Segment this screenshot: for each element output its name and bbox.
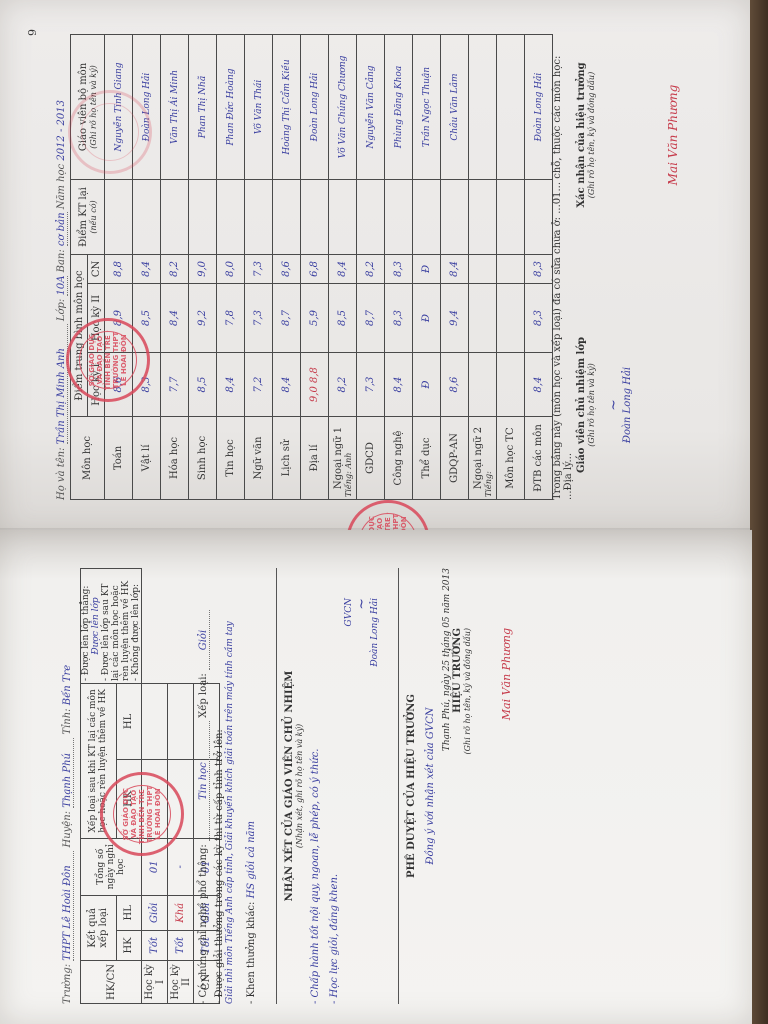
subject-cell: Thể dục bbox=[413, 417, 441, 500]
teacher-signature: GVCN ~ Đoàn Long Hải bbox=[344, 598, 380, 1004]
hk2-cell: 8,7 bbox=[357, 283, 385, 352]
retest-cell bbox=[357, 180, 385, 255]
divider-2 bbox=[398, 568, 399, 1004]
table-row: Sinh học8,59,29,0Phan Thị Nhã bbox=[189, 35, 217, 500]
col-hl: HL bbox=[116, 895, 141, 930]
col-retest-note: (nếu có) bbox=[89, 182, 98, 252]
hk2-cell: Đ bbox=[413, 283, 441, 352]
hk2-cell: 8,7 bbox=[273, 283, 301, 352]
term-cell: Học kỳ II bbox=[168, 961, 194, 1004]
grades-table: Môn học Điểm trung bình môn học Điểm KT … bbox=[70, 34, 553, 500]
homeroom-name: Đoàn Long Hải bbox=[622, 330, 633, 480]
promotion-value: Được lên lớp bbox=[91, 571, 101, 681]
homeroom-signature: ~ bbox=[606, 330, 622, 480]
subject-cell: Lịch sử bbox=[273, 417, 301, 500]
table-row: Công nghệ8,48,38,3Phùng Đăng Khoa bbox=[385, 35, 413, 500]
teacher-cell: Châu Văn Lâm bbox=[441, 35, 469, 180]
hk1-cell: 9,0 8,8 bbox=[301, 353, 329, 417]
retest-cell bbox=[273, 180, 301, 255]
table-row: ĐTB các môn8,48,38,3Đoàn Long Hải bbox=[525, 35, 553, 500]
principal-approval-title: PHÊ DUYỆT CỦA HIỆU TRƯỞNG bbox=[406, 568, 417, 1004]
retest-cell bbox=[329, 180, 357, 255]
teacher-cell: Võ Văn Chúng Chương bbox=[329, 35, 357, 180]
principal-confirm-note: (Ghi rõ họ tên, ký và đóng dấu) bbox=[587, 40, 596, 230]
cn-cell: 8,3 bbox=[385, 255, 413, 284]
retest-cell bbox=[497, 180, 525, 255]
retest-cell bbox=[441, 180, 469, 255]
grades-rotated-content: Họ và tên: Trần Thị Minh Anh Lớp: 10A Ba… bbox=[56, 30, 706, 500]
cn-cell: 8,4 bbox=[441, 255, 469, 284]
province-value: Bến Tre bbox=[62, 665, 73, 706]
hk2-cell bbox=[497, 283, 525, 352]
table-row: Hóa học7,78,48,2Văn Thị Ái Minh bbox=[161, 35, 189, 500]
cn-cell: 8,2 bbox=[357, 255, 385, 284]
cn-cell: 8,3 bbox=[525, 255, 553, 284]
hk2-cell: 9,2 bbox=[189, 283, 217, 352]
retest-cell bbox=[245, 180, 273, 255]
promotion-option-3: - Không được lên lớp: bbox=[131, 571, 141, 681]
retest-cell bbox=[413, 180, 441, 255]
hl-cell: Giỏi bbox=[142, 895, 168, 930]
teacher-cell bbox=[497, 35, 525, 180]
promotion-cell: - Được lên lớp thẳng: Được lên lớp - Đượ… bbox=[81, 569, 142, 684]
retest-cell bbox=[385, 180, 413, 255]
principal-confirm-block: Xác nhận của hiệu trưởng (Ghi rõ họ tên,… bbox=[576, 40, 680, 230]
subject-name: Địa lí bbox=[309, 419, 320, 497]
teacher-cell: Đoàn Long Hải bbox=[525, 35, 553, 180]
hk-cell: Tốt bbox=[142, 930, 168, 960]
teacher-cell: Phùng Đăng Khoa bbox=[385, 35, 413, 180]
teacher-cell: Phan Đức Hoàng bbox=[217, 35, 245, 180]
table-row: Ngữ văn7,27,37,3Võ Văn Thái bbox=[245, 35, 273, 500]
promotion-option-1: - Được lên lớp thẳng: bbox=[81, 571, 91, 681]
col-retest: Điểm KT lại (nếu có) bbox=[71, 180, 105, 255]
grades-page: 6 Họ và tên: Trần Thị Minh Anh Lớp: 10A … bbox=[0, 0, 750, 538]
page-number: 6 bbox=[25, 29, 38, 36]
subject-name: ĐTB các môn bbox=[533, 419, 544, 497]
col-result: Kết quả xếp loại bbox=[81, 895, 117, 960]
subject-name: Ngoại ngữ 1 bbox=[333, 419, 344, 497]
principal-approval-block: PHÊ DUYỆT CỦA HIỆU TRƯỞNG Đồng ý với nhậ… bbox=[406, 568, 513, 1004]
table-row: GDCD7,38,78,2Nguyễn Văn Cảng bbox=[357, 35, 385, 500]
subject-name: Môn học TC bbox=[505, 419, 516, 497]
cn-cell bbox=[469, 255, 497, 284]
principal-stamp: SỞ GIÁO DỤC VÀ ĐÀO TẠO TỈNH BẾN TRE · TR… bbox=[100, 772, 184, 856]
hk1-cell: 8,4 bbox=[217, 353, 245, 417]
hk2-cell: 8,3 bbox=[385, 283, 413, 352]
name-label: Họ và tên: bbox=[56, 448, 67, 500]
term-cell: Học kỳ I bbox=[142, 961, 168, 1004]
teacher-cell: Nguyễn Văn Cảng bbox=[357, 35, 385, 180]
certificate-value: Tin học bbox=[198, 721, 210, 841]
table-row: Lịch sử8,48,78,6Hoàng Thị Cẩm Kiều bbox=[273, 35, 301, 500]
teacher-cell: Đoàn Long Hải bbox=[301, 35, 329, 180]
hk2-cell bbox=[469, 283, 497, 352]
subject-cell: Môn học TC bbox=[497, 417, 525, 500]
award-value: Giải nhì môn Tiếng Anh cấp tỉnh, Giải kh… bbox=[225, 568, 235, 1004]
subject-cell: Ngoại ngữ 2Tiếng: bbox=[469, 417, 497, 500]
subject-cell: Vật lí bbox=[133, 417, 161, 500]
subject-name: Sinh học bbox=[197, 419, 208, 497]
retest-cell bbox=[161, 180, 189, 255]
hk1-cell: 7,2 bbox=[245, 353, 273, 417]
cn-cell bbox=[497, 255, 525, 284]
hk1-cell: 8,2 bbox=[329, 353, 357, 417]
table-row: Địa lí9,0 8,85,96,8Đoàn Long Hải bbox=[301, 35, 329, 500]
table-row: Môn học TC bbox=[497, 35, 525, 500]
subject-cell: Tin học bbox=[217, 417, 245, 500]
other-award-value: HS giỏi cả năm bbox=[246, 821, 257, 898]
teacher-cell: Hoàng Thị Cẩm Kiều bbox=[273, 35, 301, 180]
re-hl-cell bbox=[168, 684, 194, 760]
subject-cell: Ngoại ngữ 1Tiếng: Anh bbox=[329, 417, 357, 500]
retest-cell bbox=[525, 180, 553, 255]
subject-name: Ngoại ngữ 2 bbox=[473, 419, 484, 497]
teacher-comment-title: NHẬN XÉT CỦA GIÁO VIÊN CHỦ NHIỆM bbox=[284, 568, 295, 1004]
col-subject: Môn học bbox=[71, 417, 105, 500]
faded-stamp bbox=[68, 90, 152, 174]
subject-cell: Toán bbox=[105, 417, 133, 500]
col-hk: HK bbox=[116, 930, 141, 960]
table-row: GDQP-AN8,69,48,4Châu Văn Lâm bbox=[441, 35, 469, 500]
teacher-cell: Văn Thị Ái Minh bbox=[161, 35, 189, 180]
cn-cell: 6,8 bbox=[301, 255, 329, 284]
school-stamp: SỞ GIÁO DỤC VÀ ĐÀO TẠO TỈNH BẾN TRE · TR… bbox=[66, 318, 150, 402]
district-value: Thạnh Phú bbox=[62, 738, 74, 808]
teacher-cell: Phan Thị Nhã bbox=[189, 35, 217, 180]
teacher-cell: Trần Ngọc Thuận bbox=[413, 35, 441, 180]
hk1-cell: 8,4 bbox=[525, 353, 553, 417]
cn-cell: 8,6 bbox=[273, 255, 301, 284]
hk2-cell: 9,4 bbox=[441, 283, 469, 352]
hk1-cell: 8,4 bbox=[385, 353, 413, 417]
track-value: cơ bản bbox=[56, 212, 68, 246]
subject-cell: Hóa học bbox=[161, 417, 189, 500]
principal-comment: Đồng ý với nhận xét của GVCN bbox=[425, 568, 436, 1004]
promotion-option-2: - Được lên lớp sau KT lại các môn học ho… bbox=[101, 571, 131, 681]
subject-name: Toán bbox=[113, 419, 124, 497]
hl-cell: Khá bbox=[168, 895, 194, 930]
student-name: Trần Thị Minh Anh bbox=[56, 324, 68, 444]
hk1-cell: 7,7 bbox=[161, 353, 189, 417]
table-row: Tin học8,47,88,0Phan Đức Hoàng bbox=[217, 35, 245, 500]
subject-name: GDQP-AN bbox=[449, 419, 460, 497]
hk1-cell: 7,3 bbox=[357, 353, 385, 417]
teacher-comment-block: NHẬN XÉT CỦA GIÁO VIÊN CHỦ NHIỆM (Nhận x… bbox=[284, 568, 380, 1004]
subject-name: Công nghệ bbox=[393, 419, 404, 497]
hk1-cell: 8,4 bbox=[273, 353, 301, 417]
class-label: Lớp: bbox=[56, 299, 67, 321]
col-re-hl: HL bbox=[116, 684, 141, 760]
class-value: 10A bbox=[56, 276, 68, 296]
hk1-cell bbox=[469, 353, 497, 417]
certificate-rank: Giỏi bbox=[198, 610, 210, 670]
subject-cell: Sinh học bbox=[189, 417, 217, 500]
cn-cell: 9,0 bbox=[189, 255, 217, 284]
cn-cell: 8,8 bbox=[105, 255, 133, 284]
col-retest-label: Điểm KT lại bbox=[78, 182, 89, 252]
hk-cell: Tốt bbox=[168, 930, 194, 960]
subject-cell: ĐTB các môn bbox=[525, 417, 553, 500]
teacher-cell bbox=[469, 35, 497, 180]
retest-cell bbox=[189, 180, 217, 255]
hk1-cell: 8,5 bbox=[189, 353, 217, 417]
divider bbox=[276, 568, 277, 1004]
cn-cell: 7,3 bbox=[245, 255, 273, 284]
hk2-cell: 8,4 bbox=[161, 283, 189, 352]
other-award-line: - Khen thưởng khác: HS giỏi cả năm bbox=[246, 568, 257, 1004]
school-name: THPT Lê Hoài Đôn bbox=[62, 851, 74, 961]
results-page: Trường: THPT Lê Hoài Đôn Huyện: Thạnh Ph… bbox=[0, 530, 752, 1024]
subject-cell: Công nghệ bbox=[385, 417, 413, 500]
subject-note: Tiếng: Anh bbox=[344, 419, 353, 497]
teacher-comment-line-1: - Chấp hành tốt nội quy, ngoan, lễ phép,… bbox=[310, 568, 321, 1004]
subject-cell: GDQP-AN bbox=[441, 417, 469, 500]
approval-date: Thạnh Phú, ngày 25 tháng 05 năm 2013 bbox=[442, 568, 452, 1004]
teacher-comment-line-2: - Học lực giỏi, đáng khen. bbox=[329, 568, 340, 1004]
hk1-cell: 8,6 bbox=[441, 353, 469, 417]
cn-cell: 8,2 bbox=[161, 255, 189, 284]
retest-cell bbox=[105, 180, 133, 255]
retest-cell bbox=[217, 180, 245, 255]
col-term: HK/CN bbox=[81, 961, 142, 1004]
student-header: Họ và tên: Trần Thị Minh Anh Lớp: 10A Ba… bbox=[56, 100, 68, 500]
retest-cell bbox=[469, 180, 497, 255]
subject-name: Hóa học bbox=[169, 419, 180, 497]
principal-role: HIỆU TRƯỞNG bbox=[452, 628, 463, 1004]
principal-name: Mai Văn Phương bbox=[666, 40, 680, 230]
cn-cell: 8,4 bbox=[329, 255, 357, 284]
cn-cell: Đ bbox=[413, 255, 441, 284]
subject-cell: Ngữ văn bbox=[245, 417, 273, 500]
absent-cell: - bbox=[168, 838, 194, 895]
re-hl-cell bbox=[142, 684, 168, 760]
year-label: Năm học bbox=[56, 164, 67, 209]
subject-name: Tin học bbox=[225, 419, 236, 497]
school-header: Trường: THPT Lê Hoài Đôn Huyện: Thạnh Ph… bbox=[62, 665, 74, 1004]
retest-cell bbox=[133, 180, 161, 255]
teacher-comment-note: (Nhận xét, ghi rõ họ tên và ký) bbox=[295, 568, 304, 1004]
subject-name: Lịch sử bbox=[281, 419, 292, 497]
subject-name: Thể dục bbox=[421, 419, 432, 497]
award-line: - Được giải thưởng trong các kỳ thi từ c… bbox=[214, 568, 235, 1004]
province-label: Tỉnh: bbox=[62, 708, 73, 734]
hk2-cell: 8,5 bbox=[329, 283, 357, 352]
subject-name: Ngữ văn bbox=[253, 419, 264, 497]
correction-note: Trong bảng này (môn học và xếp loại) đã … bbox=[552, 34, 574, 500]
hk1-cell: Đ bbox=[413, 353, 441, 417]
subject-name: GDCD bbox=[365, 419, 376, 497]
cn-cell: 8,0 bbox=[217, 255, 245, 284]
cn-cell: 8,4 bbox=[133, 255, 161, 284]
school-label: Trường: bbox=[62, 964, 73, 1004]
certificate-line: - Có chứng chỉ nghề phổ thông: Tin học X… bbox=[198, 568, 210, 1004]
hk2-cell: 8,3 bbox=[525, 283, 553, 352]
subject-cell: Địa lí bbox=[301, 417, 329, 500]
retest-cell bbox=[301, 180, 329, 255]
homeroom-title: Giáo viên chủ nhiệm lớp bbox=[576, 330, 587, 480]
hk2-cell: 5,9 bbox=[301, 283, 329, 352]
principal-approval-name: Mai Văn Phương bbox=[500, 628, 513, 1004]
homeroom-note: (Ghi rõ họ tên và ký) bbox=[587, 330, 596, 480]
homeroom-signature-block: Giáo viên chủ nhiệm lớp (Ghi rõ họ tên v… bbox=[576, 330, 633, 480]
col-cn: CN bbox=[88, 255, 105, 284]
subject-name: Vật lí bbox=[141, 419, 152, 497]
track-label: Ban: bbox=[56, 249, 67, 272]
principal-note: (Ghi rõ họ tên, ký và đóng dấu) bbox=[463, 628, 472, 1004]
subject-cell: GDCD bbox=[357, 417, 385, 500]
district-label: Huyện: bbox=[62, 811, 73, 848]
table-row: Thể dụcĐĐĐTrần Ngọc Thuận bbox=[413, 35, 441, 500]
hk1-cell bbox=[497, 353, 525, 417]
teacher-cell: Võ Văn Thái bbox=[245, 35, 273, 180]
table-row: Ngoại ngữ 1Tiếng: Anh8,28,58,4Võ Văn Chú… bbox=[329, 35, 357, 500]
principal-confirm-title: Xác nhận của hiệu trưởng bbox=[576, 40, 587, 230]
school-year: 2012 - 2013 bbox=[56, 100, 67, 161]
hk2-cell: 7,3 bbox=[245, 283, 273, 352]
table-row: Ngoại ngữ 2Tiếng: bbox=[469, 35, 497, 500]
subject-note: Tiếng: bbox=[484, 419, 493, 497]
hk2-cell: 7,8 bbox=[217, 283, 245, 352]
